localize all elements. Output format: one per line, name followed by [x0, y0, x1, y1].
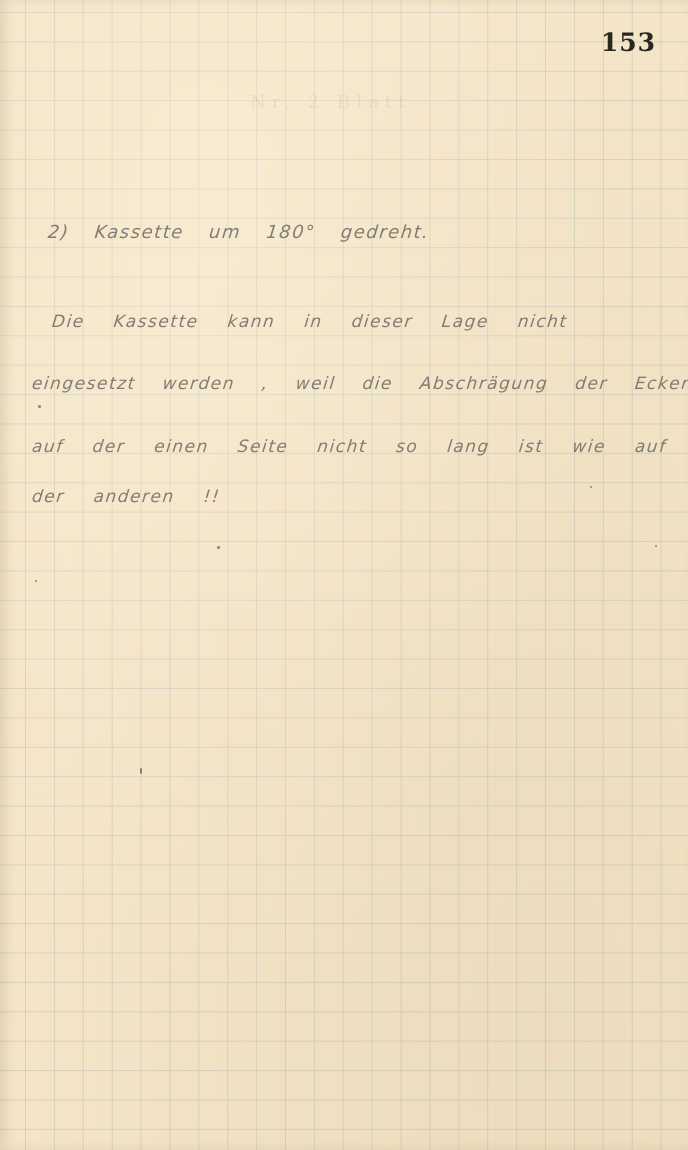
- pencil-speck: [590, 486, 592, 488]
- note-line: der anderen !!: [31, 487, 221, 507]
- pencil-speck: [35, 580, 37, 582]
- note-line: eingesetzt werden , weil die Abschrägung…: [31, 374, 688, 394]
- pencil-mark: [140, 768, 142, 774]
- pencil-speck: [217, 546, 220, 549]
- note-line: auf der einen Seite nicht so lang ist wi…: [31, 437, 668, 457]
- note-heading: 2) Kassette um 180° gedreht.: [47, 222, 431, 243]
- notebook-page: Nr. 2 Blatt 153 2) Kassette um 180° gedr…: [0, 0, 688, 1150]
- show-through-text: Nr. 2 Blatt: [250, 92, 411, 113]
- pencil-speck: [655, 545, 657, 547]
- note-line: Die Kassette kann in dieser Lage nicht: [51, 312, 569, 332]
- pencil-speck: [38, 405, 41, 408]
- page-number: 153: [601, 28, 656, 57]
